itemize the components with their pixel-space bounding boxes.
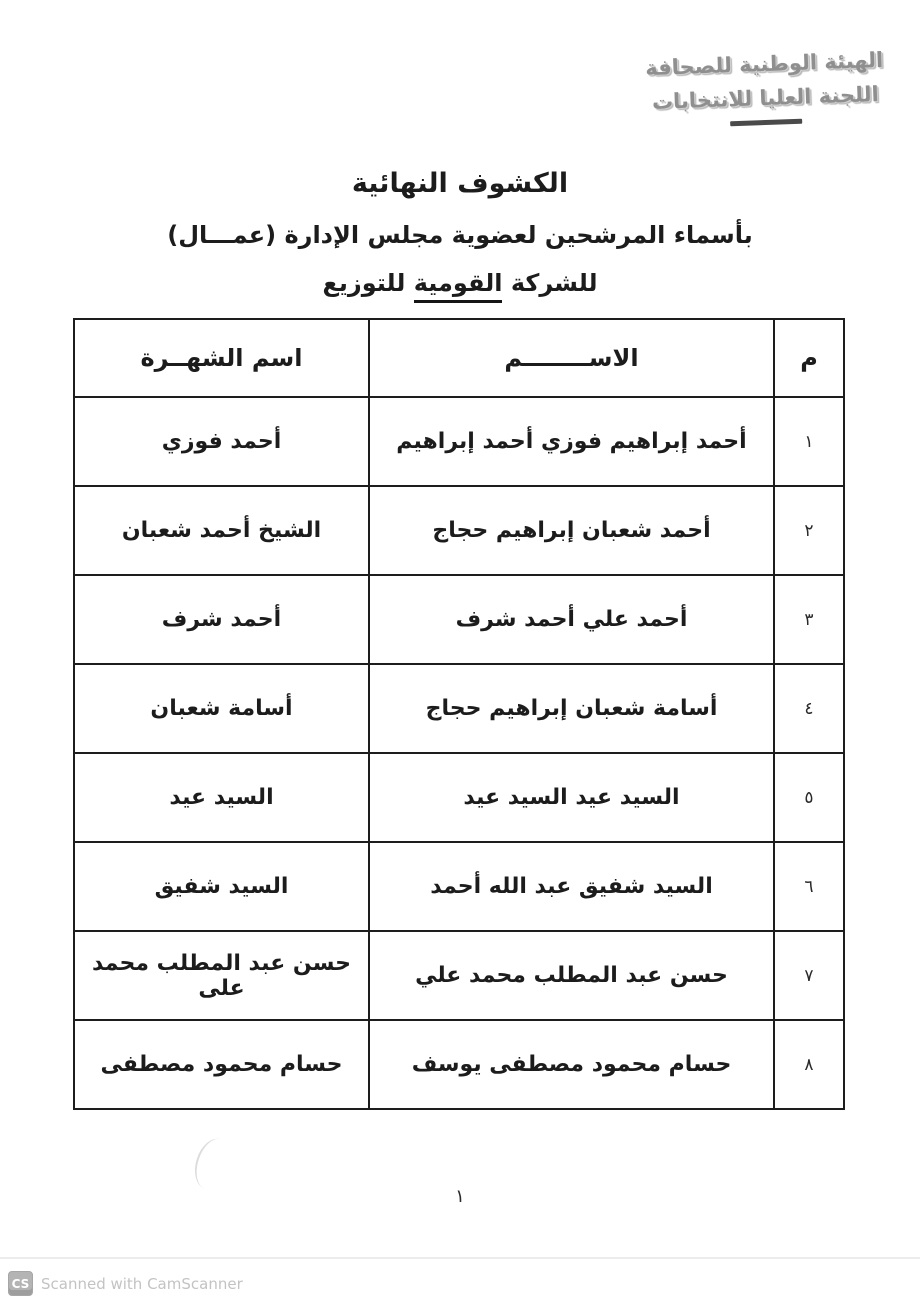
table-row: ٥ السيد عيد السيد عيد السيد عيد xyxy=(74,753,844,842)
cell-alias: أسامة شعبان xyxy=(74,664,369,753)
table-row: ٣ أحمد علي أحمد شرف أحمد شرف xyxy=(74,575,844,664)
cell-name: أحمد علي أحمد شرف xyxy=(369,575,774,664)
cell-alias: حسام محمود مصطفى xyxy=(74,1020,369,1109)
table-row: ١ أحمد إبراهيم فوزي أحمد إبراهيم أحمد فو… xyxy=(74,397,844,486)
page-number: ١ xyxy=(0,1186,920,1207)
header-name: الاســــــــم xyxy=(369,319,774,397)
stamp-underline xyxy=(730,119,802,127)
header-number: م xyxy=(774,319,844,397)
title-company-suffix: للتوزيع xyxy=(322,269,413,297)
cell-alias: أحمد فوزي xyxy=(74,397,369,486)
cell-number: ٥ xyxy=(774,753,844,842)
header-alias: اسم الشهــرة xyxy=(74,319,369,397)
camscanner-icon: CS xyxy=(8,1271,33,1296)
cell-name: أسامة شعبان إبراهيم حجاج xyxy=(369,664,774,753)
cell-alias: السيد شفيق xyxy=(74,842,369,931)
cell-alias: الشيخ أحمد شعبان xyxy=(74,486,369,575)
stamp-line-authority: الهيئة الوطنية للصحافة xyxy=(645,48,884,80)
title-company-underlined: القومية xyxy=(414,269,503,303)
cell-name: حسن عبد المطلب محمد علي xyxy=(369,931,774,1020)
camscanner-label: Scanned with CamScanner xyxy=(41,1275,243,1293)
cell-name: أحمد إبراهيم فوزي أحمد إبراهيم xyxy=(369,397,774,486)
table-row: ٢ أحمد شعبان إبراهيم حجاج الشيخ أحمد شعب… xyxy=(74,486,844,575)
cell-alias: أحمد شرف xyxy=(74,575,369,664)
candidates-table: م الاســــــــم اسم الشهــرة ١ أحمد إبرا… xyxy=(73,318,845,1110)
cell-number: ٤ xyxy=(774,664,844,753)
scan-artifact-mark xyxy=(189,1134,237,1194)
title-subtitle: بأسماء المرشحين لعضوية مجلس الإدارة (عمـ… xyxy=(0,221,920,249)
cell-alias: حسن عبد المطلب محمد على xyxy=(74,931,369,1020)
cell-name: أحمد شعبان إبراهيم حجاج xyxy=(369,486,774,575)
title-main: الكشوف النهائية xyxy=(0,168,920,199)
stamp-line-committee: اللجنة العليا للانتخابات xyxy=(646,82,885,114)
cell-number: ٢ xyxy=(774,486,844,575)
cell-alias: السيد عيد xyxy=(74,753,369,842)
camscanner-watermark: CS Scanned with CamScanner xyxy=(8,1271,243,1296)
scanned-document-page: الهيئة الوطنية للصحافة اللجنة العليا للا… xyxy=(0,0,920,1305)
cell-number: ٨ xyxy=(774,1020,844,1109)
document-title-block: الكشوف النهائية بأسماء المرشحين لعضوية م… xyxy=(0,168,920,297)
cell-number: ٧ xyxy=(774,931,844,1020)
table-row: ٤ أسامة شعبان إبراهيم حجاج أسامة شعبان xyxy=(74,664,844,753)
cell-name: حسام محمود مصطفى يوسف xyxy=(369,1020,774,1109)
cell-number: ٦ xyxy=(774,842,844,931)
table-row: ٨ حسام محمود مصطفى يوسف حسام محمود مصطفى xyxy=(74,1020,844,1109)
title-company-line: للشركة القومية للتوزيع xyxy=(0,269,920,297)
cell-name: السيد شفيق عبد الله أحمد xyxy=(369,842,774,931)
table-row: ٦ السيد شفيق عبد الله أحمد السيد شفيق xyxy=(74,842,844,931)
table-row: ٧ حسن عبد المطلب محمد علي حسن عبد المطلب… xyxy=(74,931,844,1020)
letterhead-stamp: الهيئة الوطنية للصحافة اللجنة العليا للا… xyxy=(645,48,885,129)
table-header-row: م الاســــــــم اسم الشهــرة xyxy=(74,319,844,397)
cell-number: ١ xyxy=(774,397,844,486)
cell-number: ٣ xyxy=(774,575,844,664)
scan-edge-line xyxy=(0,1257,920,1259)
cell-name: السيد عيد السيد عيد xyxy=(369,753,774,842)
title-company-prefix: للشركة xyxy=(502,269,597,297)
